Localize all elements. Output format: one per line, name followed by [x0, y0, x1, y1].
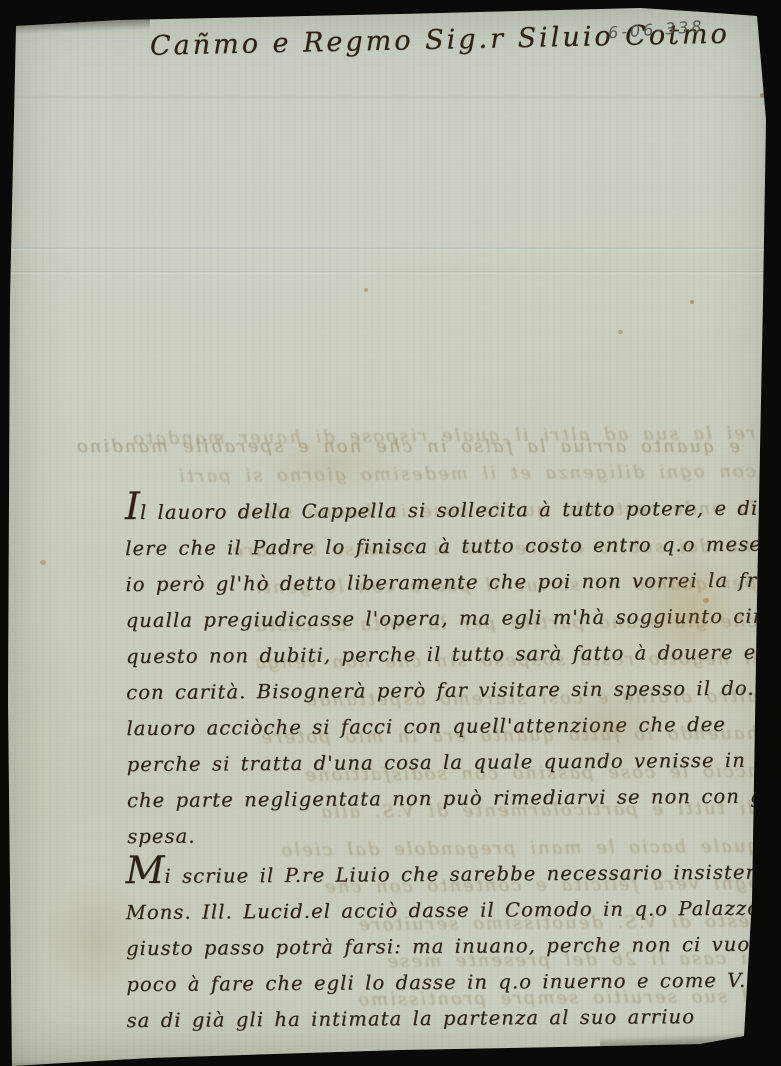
foxing-spot: [320, 7, 328, 13]
bleedthrough-top-line: e quanto arriua la falso in che non e sp…: [20, 428, 740, 466]
letter-line: sa di già gli ha intimata la partenza al…: [126, 999, 726, 1039]
letter-line: perche si tratta d'una cosa la quale qua…: [127, 743, 727, 783]
letter-line: che parte negligentata non può rimediarv…: [127, 779, 727, 819]
letter-header-address: Cañmo e Regmo Sig.r Siluio Cotmo: [150, 21, 611, 62]
letter-line: poco à fare che egli lo dasse in q.o inu…: [126, 963, 726, 1003]
manuscript-scan: e quanto arriua la falso in che non e sp…: [0, 0, 781, 1066]
foxing-spot: [618, 330, 623, 334]
letter-line: Mons. Ill. Lucid.el acciò dasse il Comod…: [126, 891, 726, 931]
fold-crease: [10, 95, 766, 99]
letter-line: qualla pregiudicasse l'opera, ma egli m'…: [126, 599, 726, 639]
foxing-spot: [364, 288, 368, 292]
letter-line: con carità. Bisognerà però far visitare …: [126, 671, 726, 711]
foxing-spot: [690, 300, 694, 304]
letter-line: giusto passo potrà farsi: ma inuano, per…: [126, 927, 726, 967]
foxing-spot: [40, 560, 46, 565]
letter-line: Mi scriue il P.re Liuio che sarebbe nece…: [125, 848, 725, 895]
letter-line: io però gl'hò detto liberamente che poi …: [125, 563, 725, 603]
paper-sheet: e quanto arriua la falso in che non e sp…: [0, 0, 781, 1066]
letter-paragraph-1: Il lauoro della Cappella si sollecita à …: [125, 484, 728, 855]
paper-edge-shadow: [10, 16, 150, 35]
letter-line: lere che il Padre lo finisca à tutto cos…: [125, 527, 725, 567]
foxing-spot: [760, 93, 765, 98]
foxing-spot: [497, 4, 507, 11]
letter-line: lauoro acciòche si facci con quell'atten…: [126, 707, 726, 747]
fold-crease: [10, 247, 766, 251]
fold-crease: [10, 271, 766, 275]
letter-line: questo non dubiti, perche il tutto sarà …: [126, 635, 726, 675]
letter-paragraph-2: Mi scriue il P.re Liuio che sarebbe nece…: [125, 848, 726, 1039]
letter-line: Il lauoro della Cappella si sollecita à …: [125, 484, 725, 531]
